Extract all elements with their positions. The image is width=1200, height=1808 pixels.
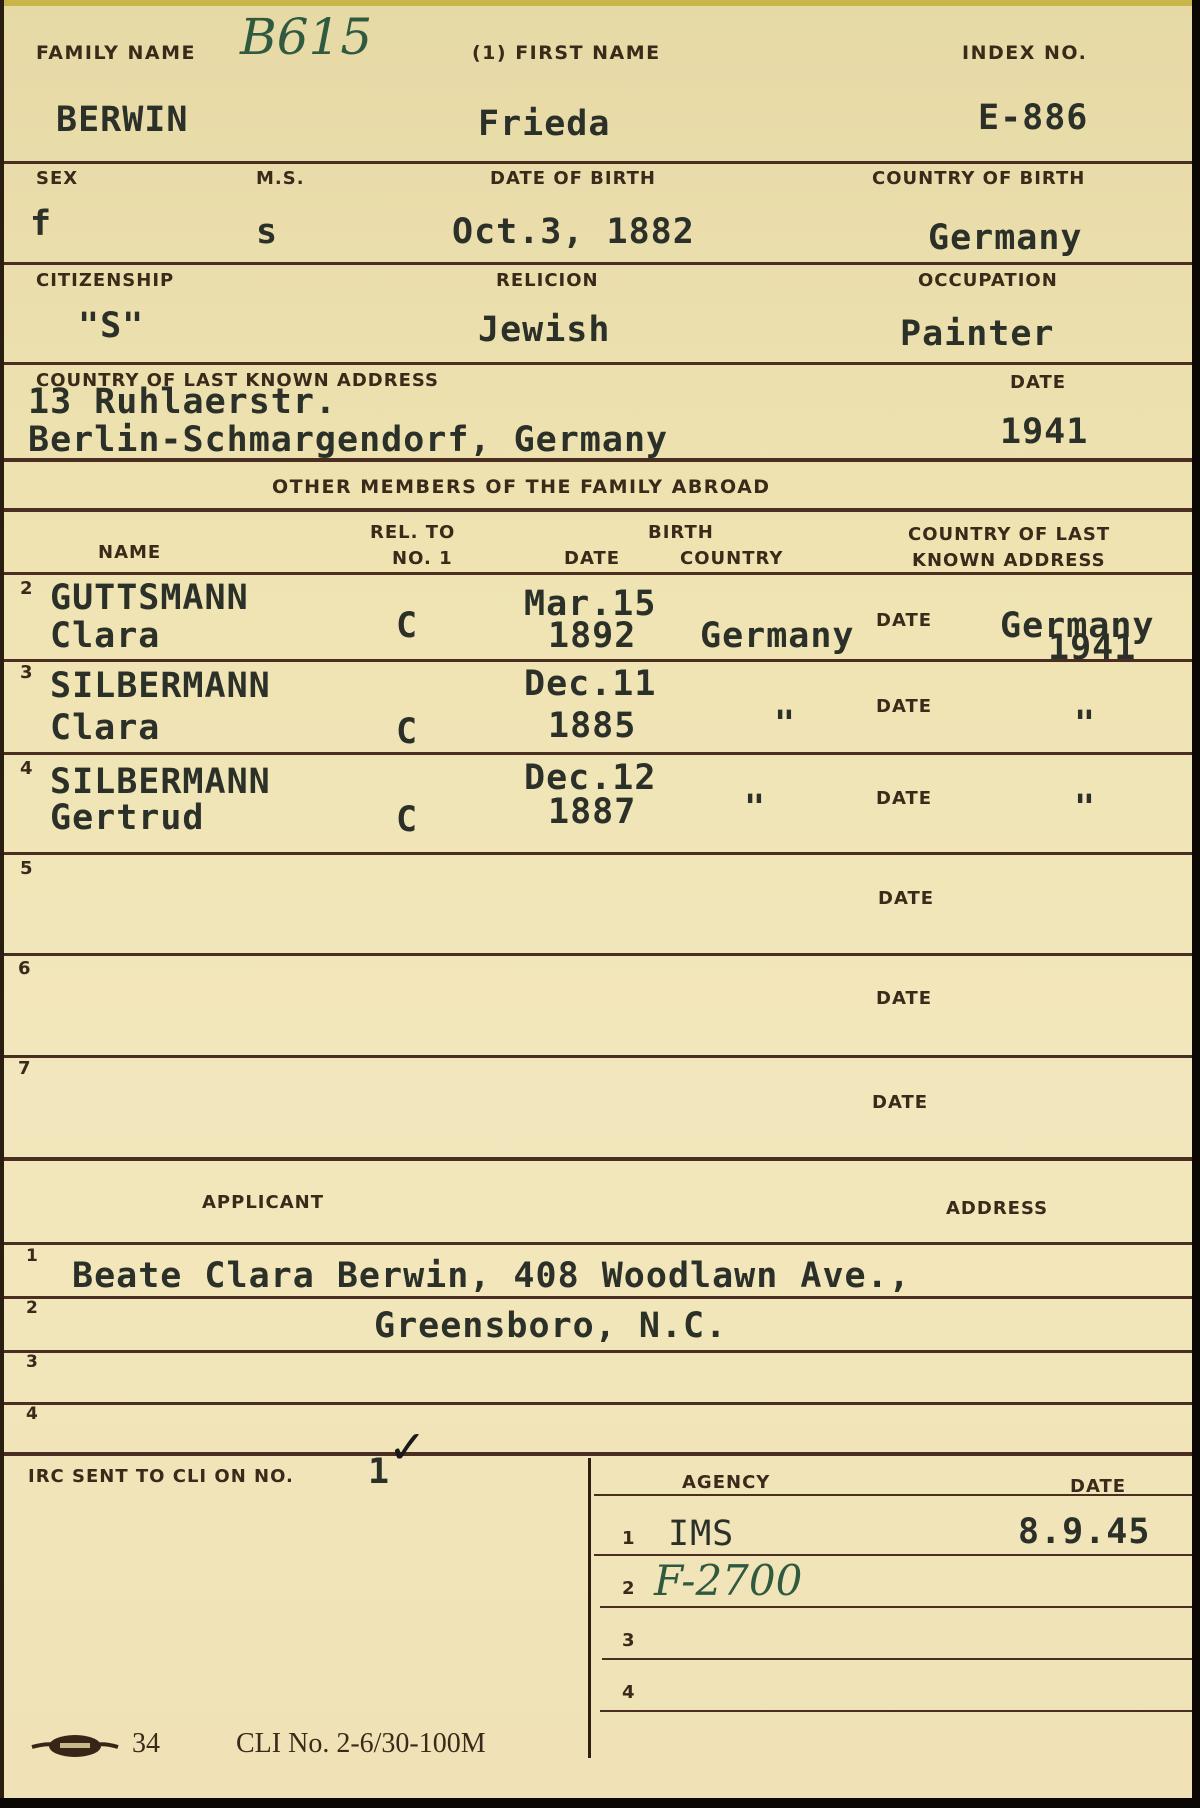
form-number: CLI No. 2-6/30-100M <box>236 1728 486 1760</box>
family-name-annotation: B615 <box>240 8 372 66</box>
divider <box>4 1055 1192 1058</box>
member-relation: C <box>396 606 418 646</box>
agency-name: IMS <box>668 1514 734 1554</box>
row-number: 4 <box>20 758 33 779</box>
family-name-value: BERWIN <box>56 100 188 140</box>
irc-value: 1 <box>368 1452 390 1492</box>
divider <box>602 1658 1192 1660</box>
last-address-line2: Berlin-Schmargendorf, Germany <box>28 420 668 460</box>
divider <box>4 752 1192 755</box>
applicant-line-number: 1 <box>26 1246 38 1266</box>
divider <box>600 1710 1192 1712</box>
divider <box>4 458 1192 462</box>
first-name-label: (1) FIRST NAME <box>472 42 661 64</box>
col-last-header-2: KNOWN ADDRESS <box>912 550 1106 571</box>
applicant-line: Beate Clara Berwin, 408 Woodlawn Ave., <box>72 1256 911 1296</box>
divider <box>4 508 1192 512</box>
irc-label: IRC SENT TO CLI ON NO. <box>28 1466 294 1487</box>
last-address-date-label: DATE <box>1010 372 1066 393</box>
member-relation: C <box>396 712 418 752</box>
index-no-label: INDEX NO. <box>962 42 1087 64</box>
col-last-header-1: COUNTRY OF LAST <box>908 524 1110 545</box>
occupation-label: OCCUPATION <box>918 270 1058 291</box>
religion-label: RELICION <box>496 270 599 291</box>
member-date-label: DATE <box>876 696 932 717</box>
col-birth-header: BIRTH <box>648 522 714 543</box>
check-mark-icon: ✓ <box>388 1420 427 1474</box>
last-address-date: 1941 <box>1000 412 1088 452</box>
member-date-label: DATE <box>872 1092 928 1113</box>
row-number: 7 <box>18 1058 31 1079</box>
applicant-line: Greensboro, N.C. <box>374 1306 727 1346</box>
member-birth-country: " <box>774 704 796 744</box>
address-label: ADDRESS <box>946 1198 1048 1219</box>
divider <box>4 1452 1192 1456</box>
applicant-label: APPLICANT <box>202 1192 324 1213</box>
index-no-value: E-886 <box>978 98 1088 138</box>
member-birth-country: " <box>744 788 766 828</box>
col-name-header: NAME <box>98 542 161 563</box>
row-number: 6 <box>18 958 31 979</box>
member-relation: C <box>396 800 418 840</box>
agency-name: F-2700 <box>654 1556 802 1605</box>
member-given-name: Gertrud <box>50 798 205 838</box>
first-name-value: Frieda <box>478 104 610 144</box>
col-rel-header-2: NO. 1 <box>392 548 453 569</box>
last-address-line1: 13 Ruhlaerstr. <box>28 382 337 422</box>
sex-value: f <box>30 204 52 244</box>
sex-label: SEX <box>36 168 78 189</box>
ms-label: M.S. <box>256 168 305 189</box>
divider <box>4 362 1192 365</box>
divider <box>4 852 1192 855</box>
member-date-label: DATE <box>876 988 932 1009</box>
col-rel-header-1: REL. TO <box>370 522 455 543</box>
member-date-label: DATE <box>876 610 932 631</box>
family-name-label: FAMILY NAME <box>36 42 196 64</box>
member-given-name: Clara <box>50 616 160 656</box>
divider <box>4 659 1192 662</box>
applicant-line-number: 4 <box>26 1404 38 1424</box>
occupation-value: Painter <box>900 314 1055 354</box>
row-number: 5 <box>20 858 33 879</box>
agency-label: AGENCY <box>682 1472 770 1493</box>
citizenship-label: CITIZENSHIP <box>36 270 174 291</box>
member-surname: GUTTSMANN <box>50 578 249 618</box>
member-birth-year: 1885 <box>548 706 636 746</box>
agency-divider <box>588 1458 591 1758</box>
row-number: 3 <box>20 662 33 683</box>
member-birth-country: Germany <box>700 616 855 656</box>
agency-row-number: 4 <box>622 1682 635 1703</box>
agency-row-number: 3 <box>622 1630 635 1651</box>
divider <box>4 161 1192 164</box>
agency-date: 8.9.45 <box>1018 1512 1150 1552</box>
member-last-date: 1941 <box>1048 628 1136 668</box>
dob-value: Oct.3, 1882 <box>452 212 695 252</box>
col-birth-date-header: DATE <box>564 548 620 569</box>
col-birth-country-header: COUNTRY <box>680 548 783 569</box>
member-date-label: DATE <box>876 788 932 809</box>
divider <box>4 1296 1192 1299</box>
religion-value: Jewish <box>478 310 610 350</box>
member-birth-date: Dec.11 <box>524 664 656 704</box>
applicant-line-number: 2 <box>26 1298 38 1318</box>
dob-label: DATE OF BIRTH <box>490 168 656 189</box>
union-number: 34 <box>132 1728 160 1760</box>
member-last-country: " <box>1074 788 1096 828</box>
row-number: 2 <box>20 578 33 599</box>
applicant-line-number: 3 <box>26 1352 38 1372</box>
member-date-label: DATE <box>878 888 934 909</box>
ms-value: s <box>256 212 278 252</box>
divider <box>4 953 1192 956</box>
agency-row-number: 2 <box>622 1578 635 1599</box>
member-birth-year: 1887 <box>548 792 636 832</box>
member-surname: SILBERMANN <box>50 666 271 706</box>
member-given-name: Clara <box>50 708 160 748</box>
agency-row-number: 1 <box>622 1528 635 1549</box>
divider <box>4 262 1192 265</box>
member-birth-year: 1892 <box>548 616 636 656</box>
index-card: FAMILY NAME B615 (1) FIRST NAME INDEX NO… <box>0 0 1192 1798</box>
cob-value: Germany <box>928 218 1083 258</box>
member-last-country: " <box>1074 704 1096 744</box>
family-abroad-title: OTHER MEMBERS OF THE FAMILY ABROAD <box>272 476 771 498</box>
divider <box>4 1242 1192 1245</box>
member-surname: SILBERMANN <box>50 762 271 802</box>
divider <box>600 1606 1192 1608</box>
cob-label: COUNTRY OF BIRTH <box>872 168 1085 189</box>
citizenship-value: "S" <box>78 306 144 346</box>
divider <box>4 572 1192 575</box>
divider <box>4 1157 1192 1161</box>
union-label-icon <box>30 1732 120 1760</box>
divider <box>4 1350 1192 1353</box>
divider <box>594 1494 1192 1496</box>
divider <box>4 1402 1192 1405</box>
